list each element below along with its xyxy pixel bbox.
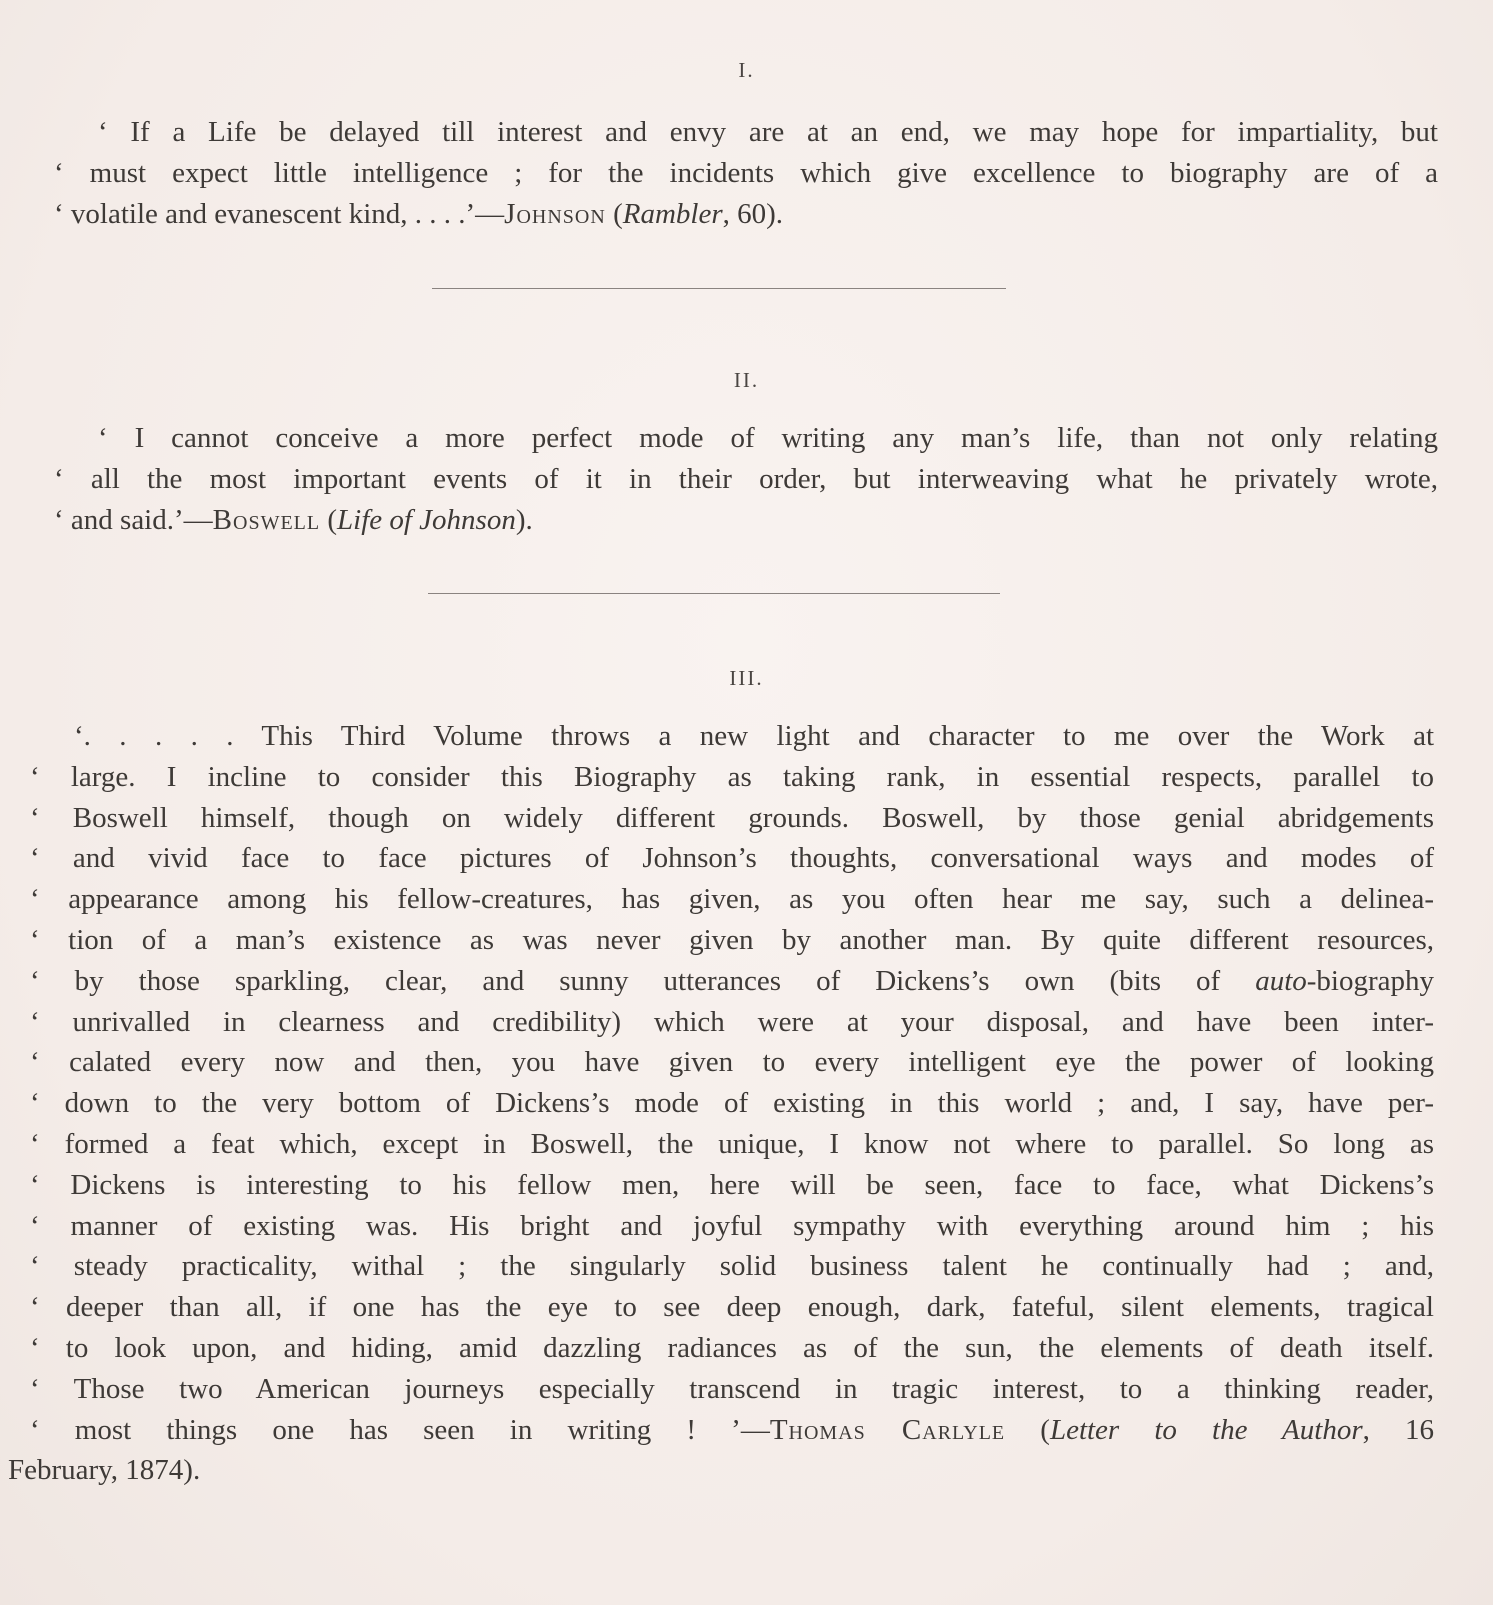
book-page: I. ‘ If a Life be delayed till interest … <box>0 0 1493 1605</box>
quote-line: ‘ manner of existing was. His bright and… <box>30 1206 1434 1247</box>
quote-line: ‘ I cannot conceive a more perfect mode … <box>54 418 1438 459</box>
quote-line: ‘ steady practicality, withal ; the sing… <box>30 1246 1434 1287</box>
section-numeral-2: II. <box>0 368 1493 393</box>
section-numeral-1: I. <box>0 58 1493 83</box>
quote-text: ‘ most things one has seen in writing ! … <box>30 1414 770 1446</box>
quote-line: ‘ down to the very bottom of Dickens’s m… <box>30 1083 1434 1124</box>
quote-line: ‘ by those sparkling, clear, and sunny u… <box>30 961 1434 1002</box>
attribution-author: Johnson <box>504 198 606 230</box>
quote-line: ‘ unrivalled in clearness and credibilit… <box>30 1002 1434 1043</box>
quote-line: ‘ Those two American journeys especially… <box>30 1369 1434 1410</box>
attribution-paren: ( <box>606 198 623 230</box>
attribution-detail: , 16 <box>1363 1414 1434 1446</box>
section-divider <box>432 288 1006 289</box>
quote-carlyle: ‘. . . . . This Third Volume throws a ne… <box>30 716 1434 1491</box>
quote-line: ‘ Boswell himself, though on widely diff… <box>30 798 1434 839</box>
attribution-work: Life of Johnson <box>337 504 516 536</box>
section-divider <box>428 593 1000 594</box>
quote-line: ‘ to look upon, and hiding, amid dazzlin… <box>30 1328 1434 1369</box>
attribution-author: Boswell <box>213 504 320 536</box>
quote-line: ‘ tion of a man’s existence as was never… <box>30 920 1434 961</box>
quote-line: ‘ all the most important events of it in… <box>54 459 1438 500</box>
attribution-paren: ( <box>320 504 337 536</box>
quote-line: ‘ large. I incline to consider this Biog… <box>30 757 1434 798</box>
quote-text: -biography <box>1307 965 1434 997</box>
quote-line: ‘ deeper than all, if one has the eye to… <box>30 1287 1434 1328</box>
quote-line: ‘ Dickens is interesting to his fellow m… <box>30 1165 1434 1206</box>
attribution-work: Letter to the Author <box>1050 1414 1363 1446</box>
quote-line: ‘. . . . . This Third Volume throws a ne… <box>30 716 1434 757</box>
attribution-author: Thomas Carlyle <box>770 1414 1005 1446</box>
attribution-detail: ). <box>516 504 533 536</box>
attribution-detail: , 60). <box>723 198 783 230</box>
attribution-paren: ( <box>1005 1414 1050 1446</box>
quote-text: ‘ and said.’— <box>54 504 213 536</box>
quote-line: ‘ calated every now and then, you have g… <box>30 1042 1434 1083</box>
italic-auto: auto <box>1255 965 1307 997</box>
quote-line: ‘ must expect little intelligence ; for … <box>54 153 1438 194</box>
section-numeral-3: III. <box>0 666 1493 691</box>
quote-text: ‘ volatile and evanescent kind, . . . .’… <box>54 198 504 230</box>
quote-line: ‘ most things one has seen in writing ! … <box>30 1410 1434 1451</box>
quote-line: ‘ appearance among his fellow-creatures,… <box>30 879 1434 920</box>
quote-johnson: ‘ If a Life be delayed till interest and… <box>54 112 1438 235</box>
attribution-work: Rambler <box>623 198 723 230</box>
quote-line: ‘ If a Life be delayed till interest and… <box>54 112 1438 153</box>
quote-boswell: ‘ I cannot conceive a more perfect mode … <box>54 418 1438 541</box>
attribution-continuation: February, 1874). <box>8 1450 1434 1491</box>
quote-line-final: ‘ and said.’—Boswell (Life of Johnson). <box>54 500 1438 541</box>
quote-text: ‘ by those sparkling, clear, and sunny u… <box>30 965 1255 997</box>
quote-line-final: ‘ volatile and evanescent kind, . . . .’… <box>54 194 1438 235</box>
quote-line: ‘ formed a feat which, except in Boswell… <box>30 1124 1434 1165</box>
quote-line: ‘ and vivid face to face pictures of Joh… <box>30 838 1434 879</box>
